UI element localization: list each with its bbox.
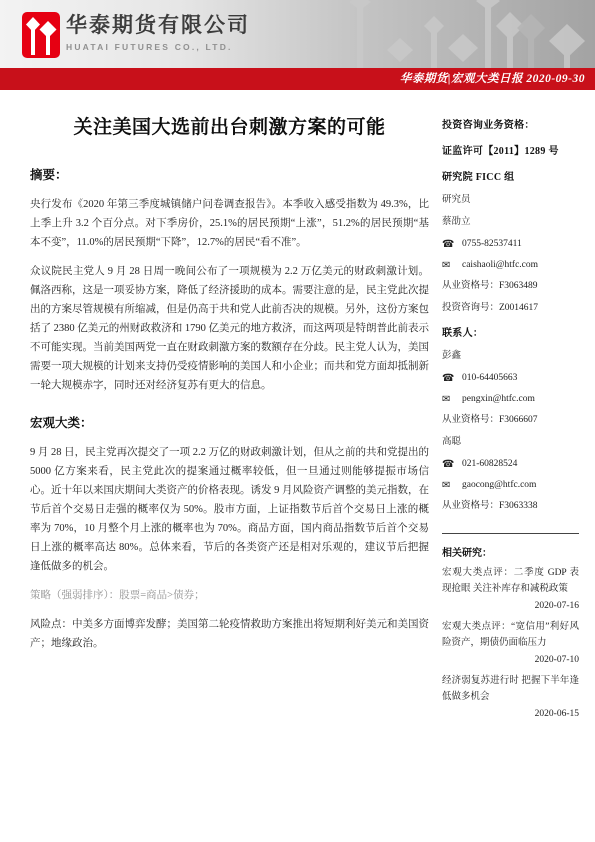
researcher-name: 蔡劭立 [442,216,579,229]
contact-cert: 从业资格号：F3063338 [442,500,579,513]
report-title: 关注美国大选前出台刺激方案的可能 [30,112,429,139]
contact-email-row: ✉ pengxin@htfc.com [442,393,579,406]
researcher-phone-row: ☎ 0755-82537411 [442,238,579,251]
contact-phone-row: ☎ 021-60828524 [442,458,579,471]
huatai-logo-icon [22,12,60,58]
page-header: 华泰期货有限公司 HUATAI FUTURES CO., LTD. [0,0,595,68]
risk-line: 风险点：中美多方面博弈发酵；美国第二轮疫情救助方案推出将短期利好美元和美国资产；… [30,615,429,653]
qualification-title: 投资咨询业务资格： [442,116,579,131]
related-research-title: 相关研究： [442,544,579,559]
strategy-line: 策略（强弱排序）：股票=商品>债券； [30,586,429,605]
header-diamond-decoration [345,0,595,68]
abstract-paragraph-2: 众议院民主党人 9 月 28 日周一晚间公布了一项规模为 2.2 万亿美元的财政… [30,262,429,395]
related-item-date: 2020-07-16 [442,597,579,615]
abstract-label: 摘要： [30,165,429,183]
researcher-email-row: ✉ caishaoli@htfc.com [442,259,579,272]
related-item-title: 经济弱复苏进行时 把握下半年逢低做多机会 [442,673,579,705]
report-banner: 华泰期货|宏观大类日报 2020-09-30 [0,68,595,90]
related-item-title: 宏观大类点评：二季度 GDP 表现抢眼 关注补库存和减税政策 [442,565,579,597]
contact-phone-row: ☎ 010-64405663 [442,372,579,385]
related-item-date: 2020-06-15 [442,705,579,723]
macro-section-label: 宏观大类： [30,413,429,431]
email-icon: ✉ [442,479,462,492]
sidebar-divider [442,533,579,534]
related-item: 宏观大类点评：“宽信用”利好风险资产，期债仍面临压力 2020-07-10 [442,619,579,669]
phone-icon: ☎ [442,238,462,251]
macro-paragraph: 9 月 28 日，民主党再次提交了一项 2.2 万亿的财政刺激计划，但从之前的共… [30,443,429,576]
report-page: 华泰期货有限公司 HUATAI FUTURES CO., LTD. [0,0,595,842]
researcher-label: 研究员 [442,194,579,207]
license-number: 证监许可【2011】1289 号 [442,142,579,157]
contact-phone: 010-64405663 [462,372,517,385]
researcher-email: caishaoli@htfc.com [462,259,538,272]
contact-name: 高聪 [442,436,579,449]
researcher-cert: 从业资格号：F3063489 [442,280,579,293]
phone-icon: ☎ [442,372,462,385]
email-icon: ✉ [442,259,462,272]
researcher-phone: 0755-82537411 [462,238,522,251]
contact-email: gaocong@htfc.com [462,479,536,492]
researcher-advisory: 投资咨询号：Z0014617 [442,302,579,315]
phone-icon: ☎ [442,458,462,471]
related-item: 经济弱复苏进行时 把握下半年逢低做多机会 2020-06-15 [442,673,579,723]
contact-cert: 从业资格号：F3066607 [442,414,579,427]
abstract-paragraph-1: 央行发布《2020 年第三季度城镇储户问卷调查报告》。本季收入感受指数为 49.… [30,195,429,252]
content: 关注美国大选前出台刺激方案的可能 摘要： 央行发布《2020 年第三季度城镇储户… [0,90,595,727]
main-column: 关注美国大选前出台刺激方案的可能 摘要： 央行发布《2020 年第三季度城镇储户… [30,90,429,727]
company-name-en: HUATAI FUTURES CO., LTD. [66,42,250,52]
related-item: 宏观大类点评：二季度 GDP 表现抢眼 关注补库存和减税政策 2020-07-1… [442,565,579,615]
contact-phone: 021-60828524 [462,458,517,471]
brand-block: 华泰期货有限公司 HUATAI FUTURES CO., LTD. [66,13,250,52]
contact-name: 彭鑫 [442,350,579,363]
contact-email-row: ✉ gaocong@htfc.com [442,479,579,492]
email-icon: ✉ [442,393,462,406]
sidebar: 投资咨询业务资格： 证监许可【2011】1289 号 研究院 FICC 组 研究… [429,90,579,727]
related-item-title: 宏观大类点评：“宽信用”利好风险资产，期债仍面临压力 [442,619,579,651]
contact-label: 联系人： [442,324,579,339]
company-name-cn: 华泰期货有限公司 [66,13,250,39]
institute-group: 研究院 FICC 组 [442,168,579,183]
related-item-date: 2020-07-10 [442,651,579,669]
contact-email: pengxin@htfc.com [462,393,535,406]
